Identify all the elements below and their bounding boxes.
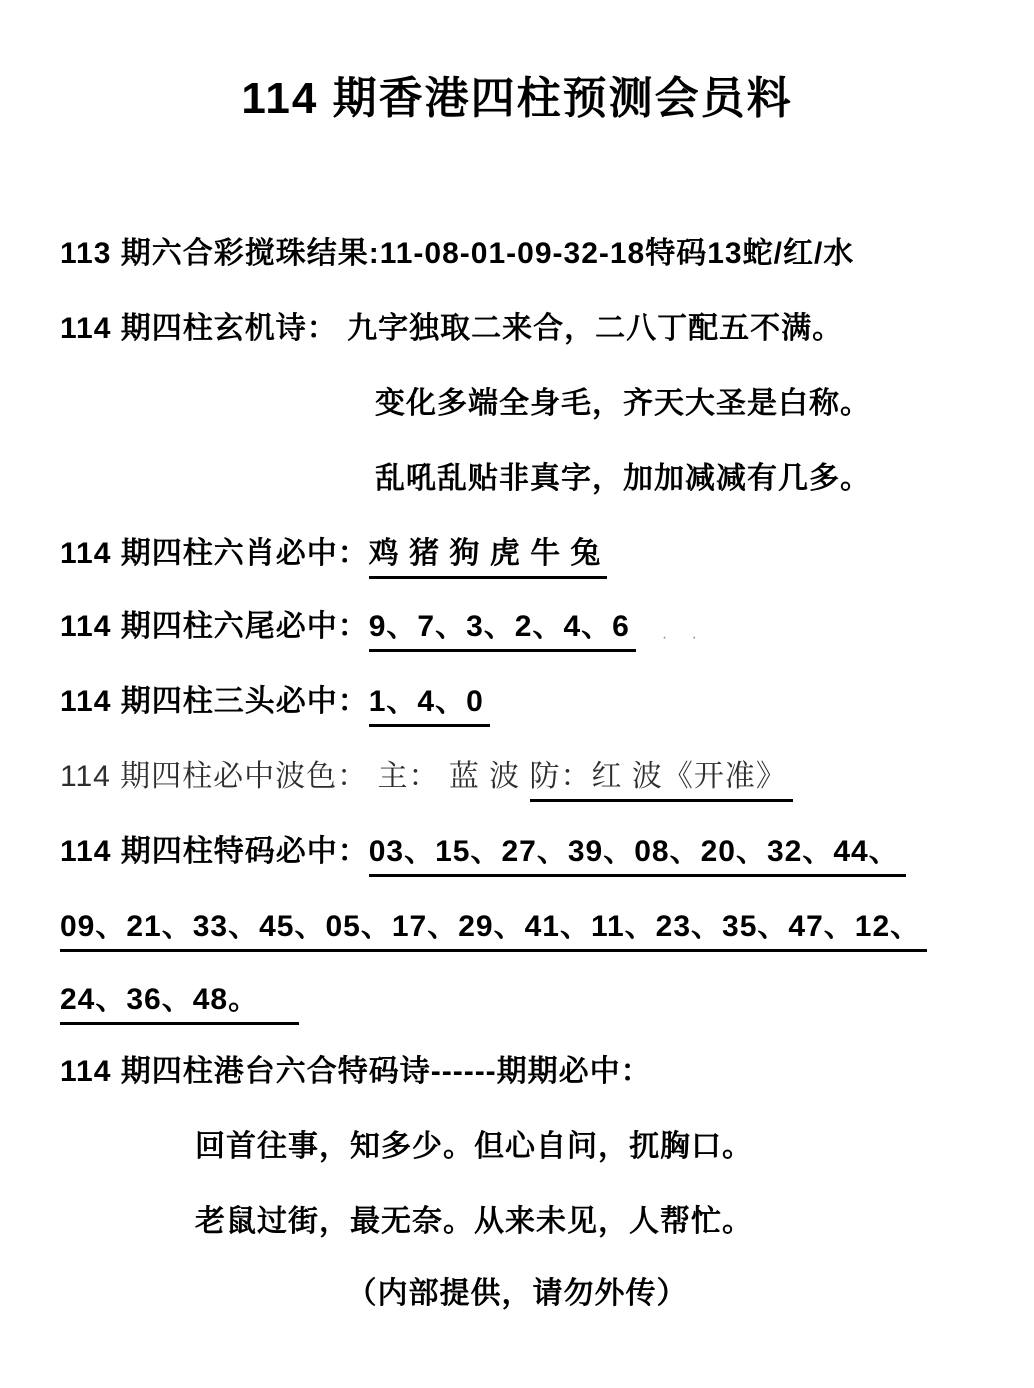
wave-color-line: 114 期四柱必中波色： 主： 蓝 波 防：红 波《开准》	[60, 751, 793, 795]
special-code-values-1: 03、15、27、39、08、20、32、44、	[369, 835, 906, 877]
six-zodiac-line: 114 期四柱六肖必中：鸡 猪 狗 虎 牛 兔	[60, 528, 607, 572]
six-tail-values: 9、7、3、2、4、6	[369, 610, 636, 652]
xuanji-poem-line-2: 变化多端全身毛，齐天大圣是白称。	[375, 378, 871, 422]
footer-notice-line: （内部提供，请勿外传）	[0, 1268, 1034, 1312]
special-code-values-2: 09、21、33、45、05、17、29、41、11、23、35、47、12、	[60, 910, 927, 952]
special-poem-header-line: 114 期四柱港台六合特码诗------期期必中：	[60, 1046, 652, 1090]
special-poem-header-text: 114 期四柱港台六合特码诗------期期必中：	[60, 1055, 652, 1088]
footer-notice-text: （内部提供，请勿外传）	[347, 1277, 688, 1310]
special-poem-text-1: 回首往事，知多少。但心自问，扤胸口。	[195, 1130, 753, 1163]
lottery-result-text: 113 期六合彩搅珠结果:11-08-01-09-32-18特码13蛇/红/水	[60, 237, 854, 270]
page-title: 114 期香港四柱预测会员料	[0, 62, 1034, 126]
lottery-result-line: 113 期六合彩搅珠结果:11-08-01-09-32-18特码13蛇/红/水	[60, 228, 854, 272]
special-poem-text-2: 老鼠过街，最无奈。从来未见，人帮忙。	[195, 1205, 753, 1238]
document-page: 114 期香港四柱预测会员料 113 期六合彩搅珠结果:11-08-01-09-…	[0, 0, 1034, 1388]
special-poem-line-2: 老鼠过街，最无奈。从来未见，人帮忙。	[195, 1196, 753, 1240]
special-poem-line-1: 回首往事，知多少。但心自问，扤胸口。	[195, 1121, 753, 1165]
wave-color-label: 114 期四柱必中波色： 主： 蓝 波	[60, 760, 530, 793]
xuanji-poem-text-2: 变化多端全身毛，齐天大圣是白称。	[375, 387, 871, 420]
special-code-line-3: 24、36、48。	[60, 974, 299, 1018]
three-head-line: 114 期四柱三头必中：1、4、0	[60, 676, 490, 720]
xuanji-poem-line-3: 乱吼乱贴非真字，加加减减有几多。	[375, 453, 871, 497]
wave-color-values: 防：红 波《开准》	[530, 760, 793, 802]
xuanji-poem-line-1: 114 期四柱玄机诗： 九字独取二来合，二八丁配五不满。	[60, 303, 843, 347]
special-code-label: 114 期四柱特码必中：	[60, 835, 369, 868]
six-tail-label: 114 期四柱六尾必中：	[60, 610, 369, 643]
six-zodiac-label: 114 期四柱六肖必中：	[60, 537, 369, 570]
six-zodiac-values: 鸡 猪 狗 虎 牛 兔	[369, 537, 608, 579]
six-tail-line: 114 期四柱六尾必中：9、7、3、2、4、6· ·	[60, 601, 707, 647]
xuanji-poem-text-1: 114 期四柱玄机诗： 九字独取二来合，二八丁配五不满。	[60, 312, 843, 345]
stray-dots-mark: · ·	[662, 629, 707, 646]
xuanji-poem-text-3: 乱吼乱贴非真字，加加减减有几多。	[375, 462, 871, 495]
special-code-line-2: 09、21、33、45、05、17、29、41、11、23、35、47、12、	[60, 901, 927, 945]
special-code-values-3: 24、36、48。	[60, 983, 299, 1025]
three-head-values: 1、4、0	[369, 685, 490, 727]
special-code-line-1: 114 期四柱特码必中：03、15、27、39、08、20、32、44、	[60, 826, 906, 870]
three-head-label: 114 期四柱三头必中：	[60, 685, 369, 718]
